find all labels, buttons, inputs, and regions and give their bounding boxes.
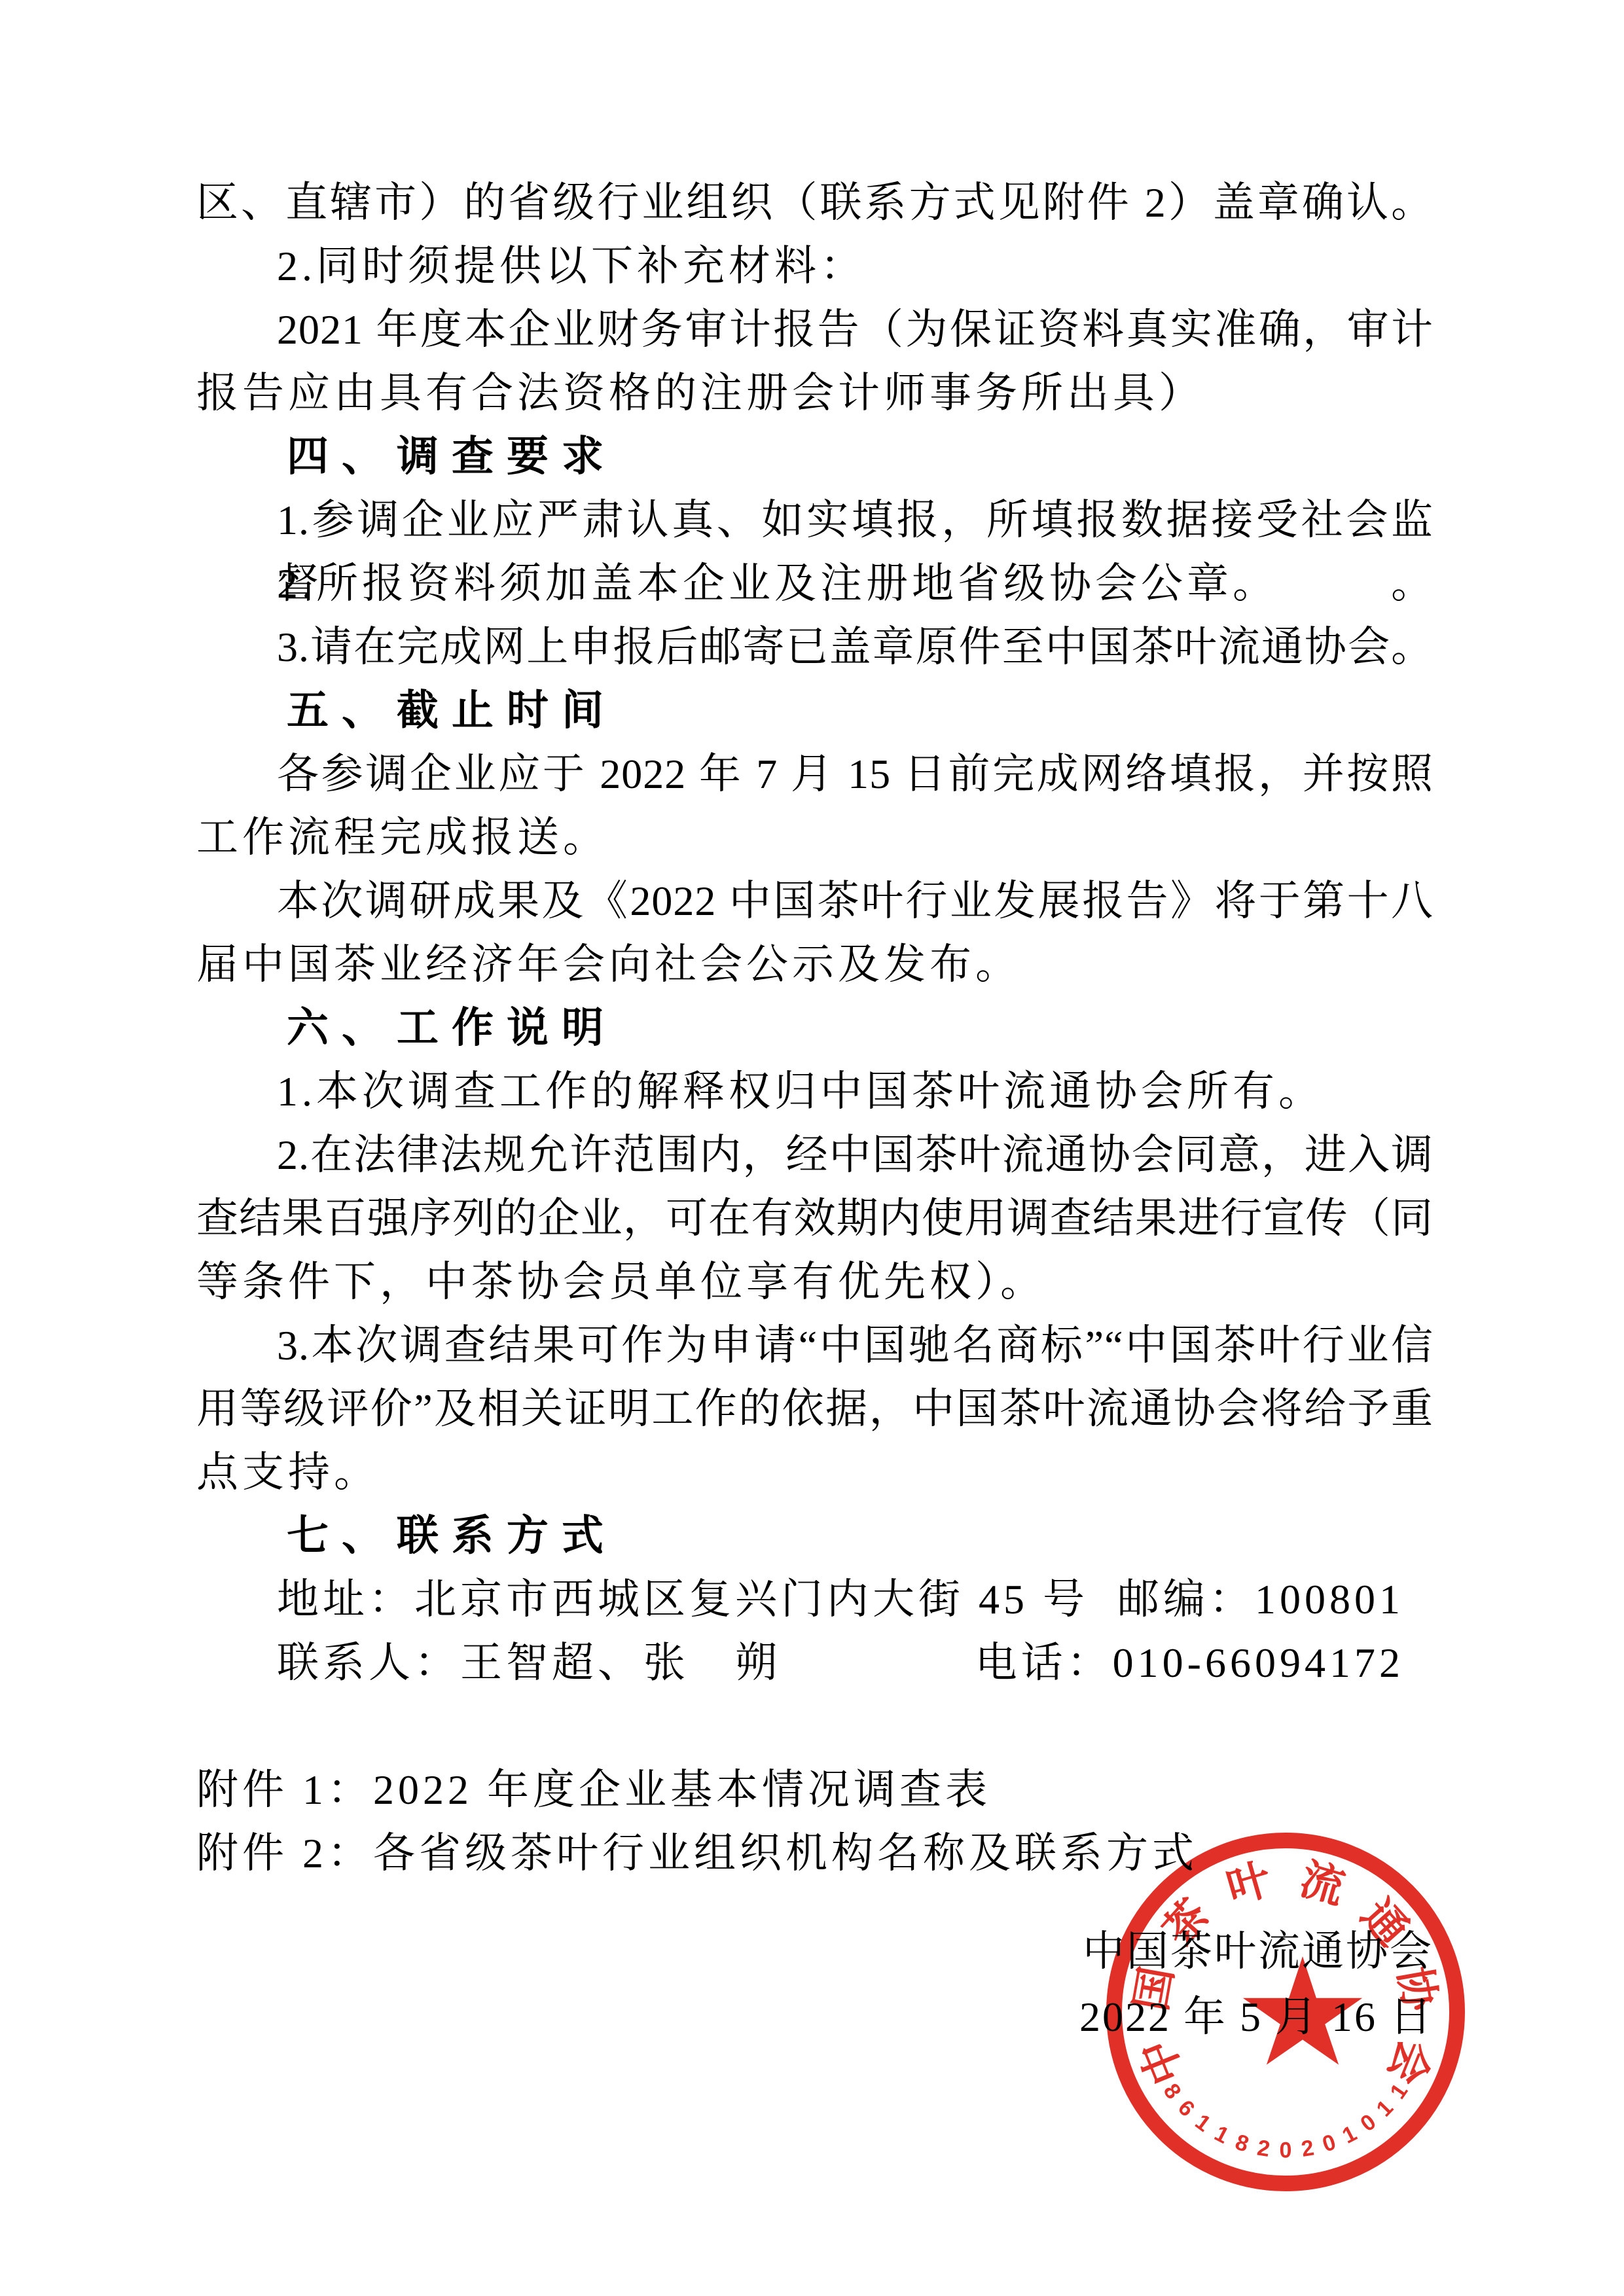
seal-serial-digit: 0 [1356, 2109, 1380, 2138]
seal-serial-digit: 2 [1255, 2136, 1272, 2163]
document-line: 1.本次调查工作的解释权归中国茶叶流通协会所有。 [196, 1060, 1434, 1123]
seal-serial-digit: 0 [1280, 2138, 1292, 2164]
contact-address-line: 地址：北京市西城区复兴门内大街 45 号邮编：100801 [196, 1568, 1434, 1631]
seal-serial-digit: 1 [1338, 2121, 1361, 2149]
seal-serial-digit: 2 [1299, 2136, 1316, 2163]
document-line: 查结果百强序列的企业，可在有效期内使用调查结果进行宣传（同 [196, 1187, 1434, 1250]
document-line: 2.所报资料须加盖本企业及注册地省级协会公章。 [196, 552, 1434, 615]
document-line: 报告应由具有合法资格的注册会计师事务所出具） [196, 361, 1434, 425]
seal-serial-digit: 8 [1232, 2130, 1252, 2158]
document-line: 2.在法律法规允许范围内，经中国茶叶流通协会同意，进入调 [196, 1123, 1434, 1187]
seal-serial-digit: 1 [1371, 2095, 1398, 2122]
section-heading: 六、工作说明 [196, 996, 1434, 1060]
seal-serial-digit: 0 [1320, 2130, 1339, 2158]
contact-left-text: 地址：北京市西城区复兴门内大街 45 号 [277, 1568, 1089, 1631]
document-page: { "page": { "width": 2481, "height": 350… [0, 0, 1624, 2296]
document-line: 等条件下，中茶协会员单位享有优先权）。 [196, 1250, 1434, 1314]
document-line: 2021 年度本企业财务审计报告（为保证资料真实准确，审计 [196, 298, 1434, 361]
document-line: 工作流程完成报送。 [196, 806, 1434, 869]
contact-right-text: 邮编：100801 [1117, 1568, 1404, 1631]
document-line: 1.参调企业应严肃认真、如实填报，所填报数据接受社会监督。 [196, 488, 1434, 552]
contact-person-line: 联系人：王智超、张 朔电话：010-66094172 [196, 1631, 1434, 1695]
document-line: 点支持。 [196, 1441, 1434, 1504]
seal-serial-digit: 1 [1210, 2121, 1233, 2149]
section-heading: 七、联系方式 [196, 1504, 1434, 1568]
document-line: 各参调企业应于 2022 年 7 月 15 日前完成网络填报，并按照 [196, 742, 1434, 806]
section-heading: 五、截止时间 [196, 679, 1434, 742]
signature-org-line: 中国茶叶流通协会 [196, 1920, 1434, 1983]
attachment-line-2: 附件 2：各省级茶叶行业组织机构名称及联系方式 [196, 1821, 1434, 1885]
document-body: 区、直辖市）的省级行业组织（联系方式见附件 2）盖章确认。2.同时须提供以下补充… [0, 0, 1624, 2296]
seal-serial-digit: 6 [1172, 2095, 1199, 2122]
attachment-line-1: 附件 1：2022 年度企业基本情况调查表 [196, 1758, 1434, 1821]
document-line: 2.同时须提供以下补充材料： [196, 234, 1434, 298]
document-line: 届中国茶业经济年会向社会公示及发布。 [196, 933, 1434, 996]
document-line: 3.请在完成网上申报后邮寄已盖章原件至中国茶叶流通协会。 [196, 615, 1434, 679]
document-line: 本次调研成果及《2022 中国茶叶行业发展报告》将于第十八 [196, 869, 1434, 933]
contact-right-text: 电话：010-66094172 [975, 1631, 1404, 1695]
document-line: 3.本次调查结果可作为申请“中国驰名商标”“中国茶叶行业信 [196, 1314, 1434, 1377]
document-line: 用等级评价”及相关证明工作的依据，中国茶叶流通协会将给予重 [196, 1377, 1434, 1441]
seal-serial-digit: 1 [1190, 2109, 1215, 2138]
contact-left-text: 联系人：王智超、张 朔 [277, 1631, 781, 1695]
signature-date-line: 2022 年 5 月 16 日 [196, 1985, 1434, 2049]
section-heading: 四、调查要求 [196, 425, 1434, 488]
document-line: 区、直辖市）的省级行业组织（联系方式见附件 2）盖章确认。 [196, 171, 1434, 234]
